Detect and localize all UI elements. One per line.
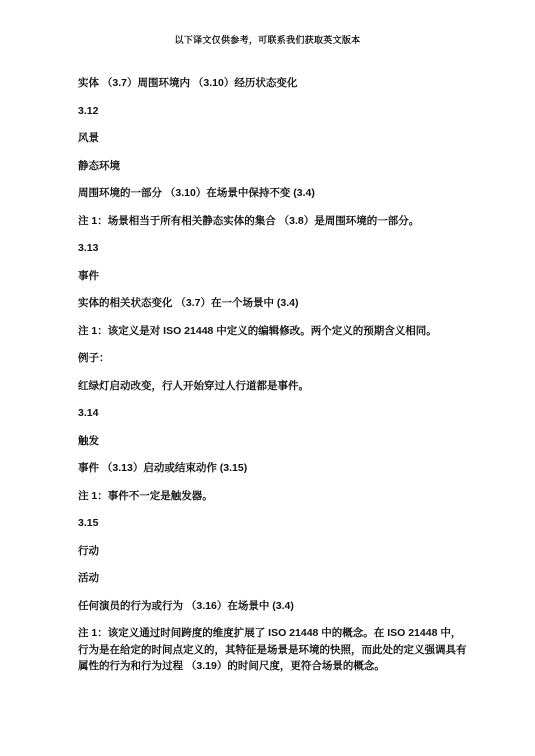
- note-trigger: 注 1：事件不一定是触发器。: [78, 488, 471, 505]
- note-scenery: 注 1：场景相当于所有相关静态实体的集合 （3.8）是周围环境的一部分。: [78, 213, 471, 230]
- example-event: 红绿灯启动改变，行人开始穿过人行道都是事件。: [78, 378, 471, 395]
- note-action: 注 1：该定义通过时间跨度的维度扩展了 ISO 21448 中的概念。在 ISO…: [78, 625, 471, 675]
- definition-trigger: 事件 （3.13）启动或结束动作 (3.15): [78, 460, 471, 477]
- definition-action: 任何演员的行为或行为 （3.16）在场景中 (3.4): [78, 598, 471, 615]
- example-label: 例子：: [78, 350, 471, 367]
- definition-entity-state-change: 实体 （3.7）周围环境内 （3.10）经历状态变化: [78, 75, 471, 92]
- section-number-3-13: 3.13: [78, 240, 471, 257]
- definition-event: 实体的相关状态变化 （3.7）在一个场景中 (3.4): [78, 295, 471, 312]
- term-trigger: 触发: [78, 433, 471, 450]
- section-number-3-12: 3.12: [78, 103, 471, 120]
- term-activity: 活动: [78, 570, 471, 587]
- note-event: 注 1：该定义是对 ISO 21448 中定义的编辑修改。两个定义的预期含义相同…: [78, 323, 471, 340]
- translation-notice: 以下译文仅供参考，可联系我们获取英文版本: [0, 0, 535, 46]
- term-event: 事件: [78, 268, 471, 285]
- definition-scenery: 周围环境的一部分 （3.10）在场景中保持不变 (3.4): [78, 185, 471, 202]
- term-scenery: 风景: [78, 130, 471, 147]
- section-number-3-15: 3.15: [78, 515, 471, 532]
- document-body: 实体 （3.7）周围环境内 （3.10）经历状态变化 3.12 风景 静态环境 …: [78, 75, 471, 675]
- section-number-3-14: 3.14: [78, 405, 471, 422]
- term-static-environment: 静态环境: [78, 158, 471, 175]
- term-action: 行动: [78, 543, 471, 560]
- document-page: 以下译文仅供参考，可联系我们获取英文版本 实体 （3.7）周围环境内 （3.10…: [0, 0, 535, 756]
